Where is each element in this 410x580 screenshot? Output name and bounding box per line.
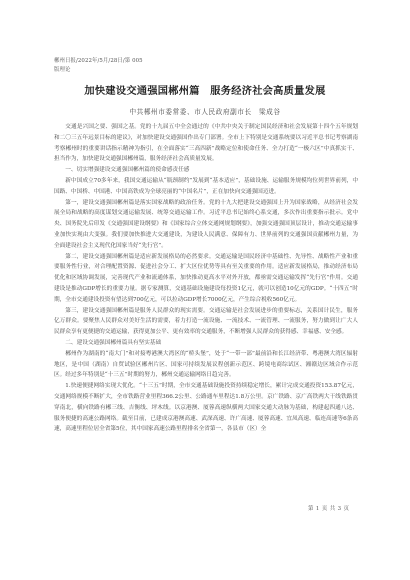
article-byline: 中共郴州市委常委、市人民政府副市长 梁成谷 <box>0 106 410 116</box>
section-line: 版理论 <box>54 66 254 75</box>
paragraph: 郴州作为湖南的“南大门”和对接粤港澳大湾区的“桥头堡”，处于“一带一部”最前沿和… <box>54 349 358 381</box>
page-number: 第 1 页 共 3 页 <box>308 504 349 512</box>
document-page: 郴州日报/2022年/5月/28日/第 005 版理论 加快建设交通强国郴州篇 … <box>0 0 410 580</box>
section-heading-2: 二、建设交通强国郴州篇具有坚实基础 <box>54 338 358 349</box>
paragraph: 第三，建设交通强国郴州篇是服务人民群众的现实需要。交通运输是社会发展进步的重要标… <box>54 306 358 338</box>
paragraph: 新中国成立70多年来，我国交通运输从“瓶颈制约”发展到“基本适应”，基础设施、运… <box>54 176 358 198</box>
paragraph: 第二，建设交通强国郴州篇是适应新发展格局的必然要求。交通运输是国民经济中基础性、… <box>54 252 358 306</box>
paragraph: 1.快速便捷网络实现大优化。“十三五”时期，全市交通基础设施投资持续稳定增长，累… <box>54 381 358 435</box>
article-title: 加快建设交通强国郴州篇 服务经济社会高质量发展 <box>0 82 410 97</box>
document-meta: 郴州日报/2022年/5月/28日/第 005 版理论 <box>54 57 254 75</box>
source-line: 郴州日报/2022年/5月/28日/第 005 <box>54 57 254 66</box>
article-body: 交通是兴国之要、强国之基。党的十九届五中全会通过的《中共中央关于制定国民经济和社… <box>54 122 358 435</box>
paragraph: 第一，建设交通强国郴州篇是落实国家战略的政治任务。党的十九大把建设交通强国上升为… <box>54 198 358 252</box>
section-heading-1: 一、切实增强建设交通强国郴州篇的使命感责任感 <box>54 165 358 176</box>
paragraph-intro: 交通是兴国之要、强国之基。党的十九届五中全会通过的《中共中央关于制定国民经济和社… <box>54 122 358 165</box>
